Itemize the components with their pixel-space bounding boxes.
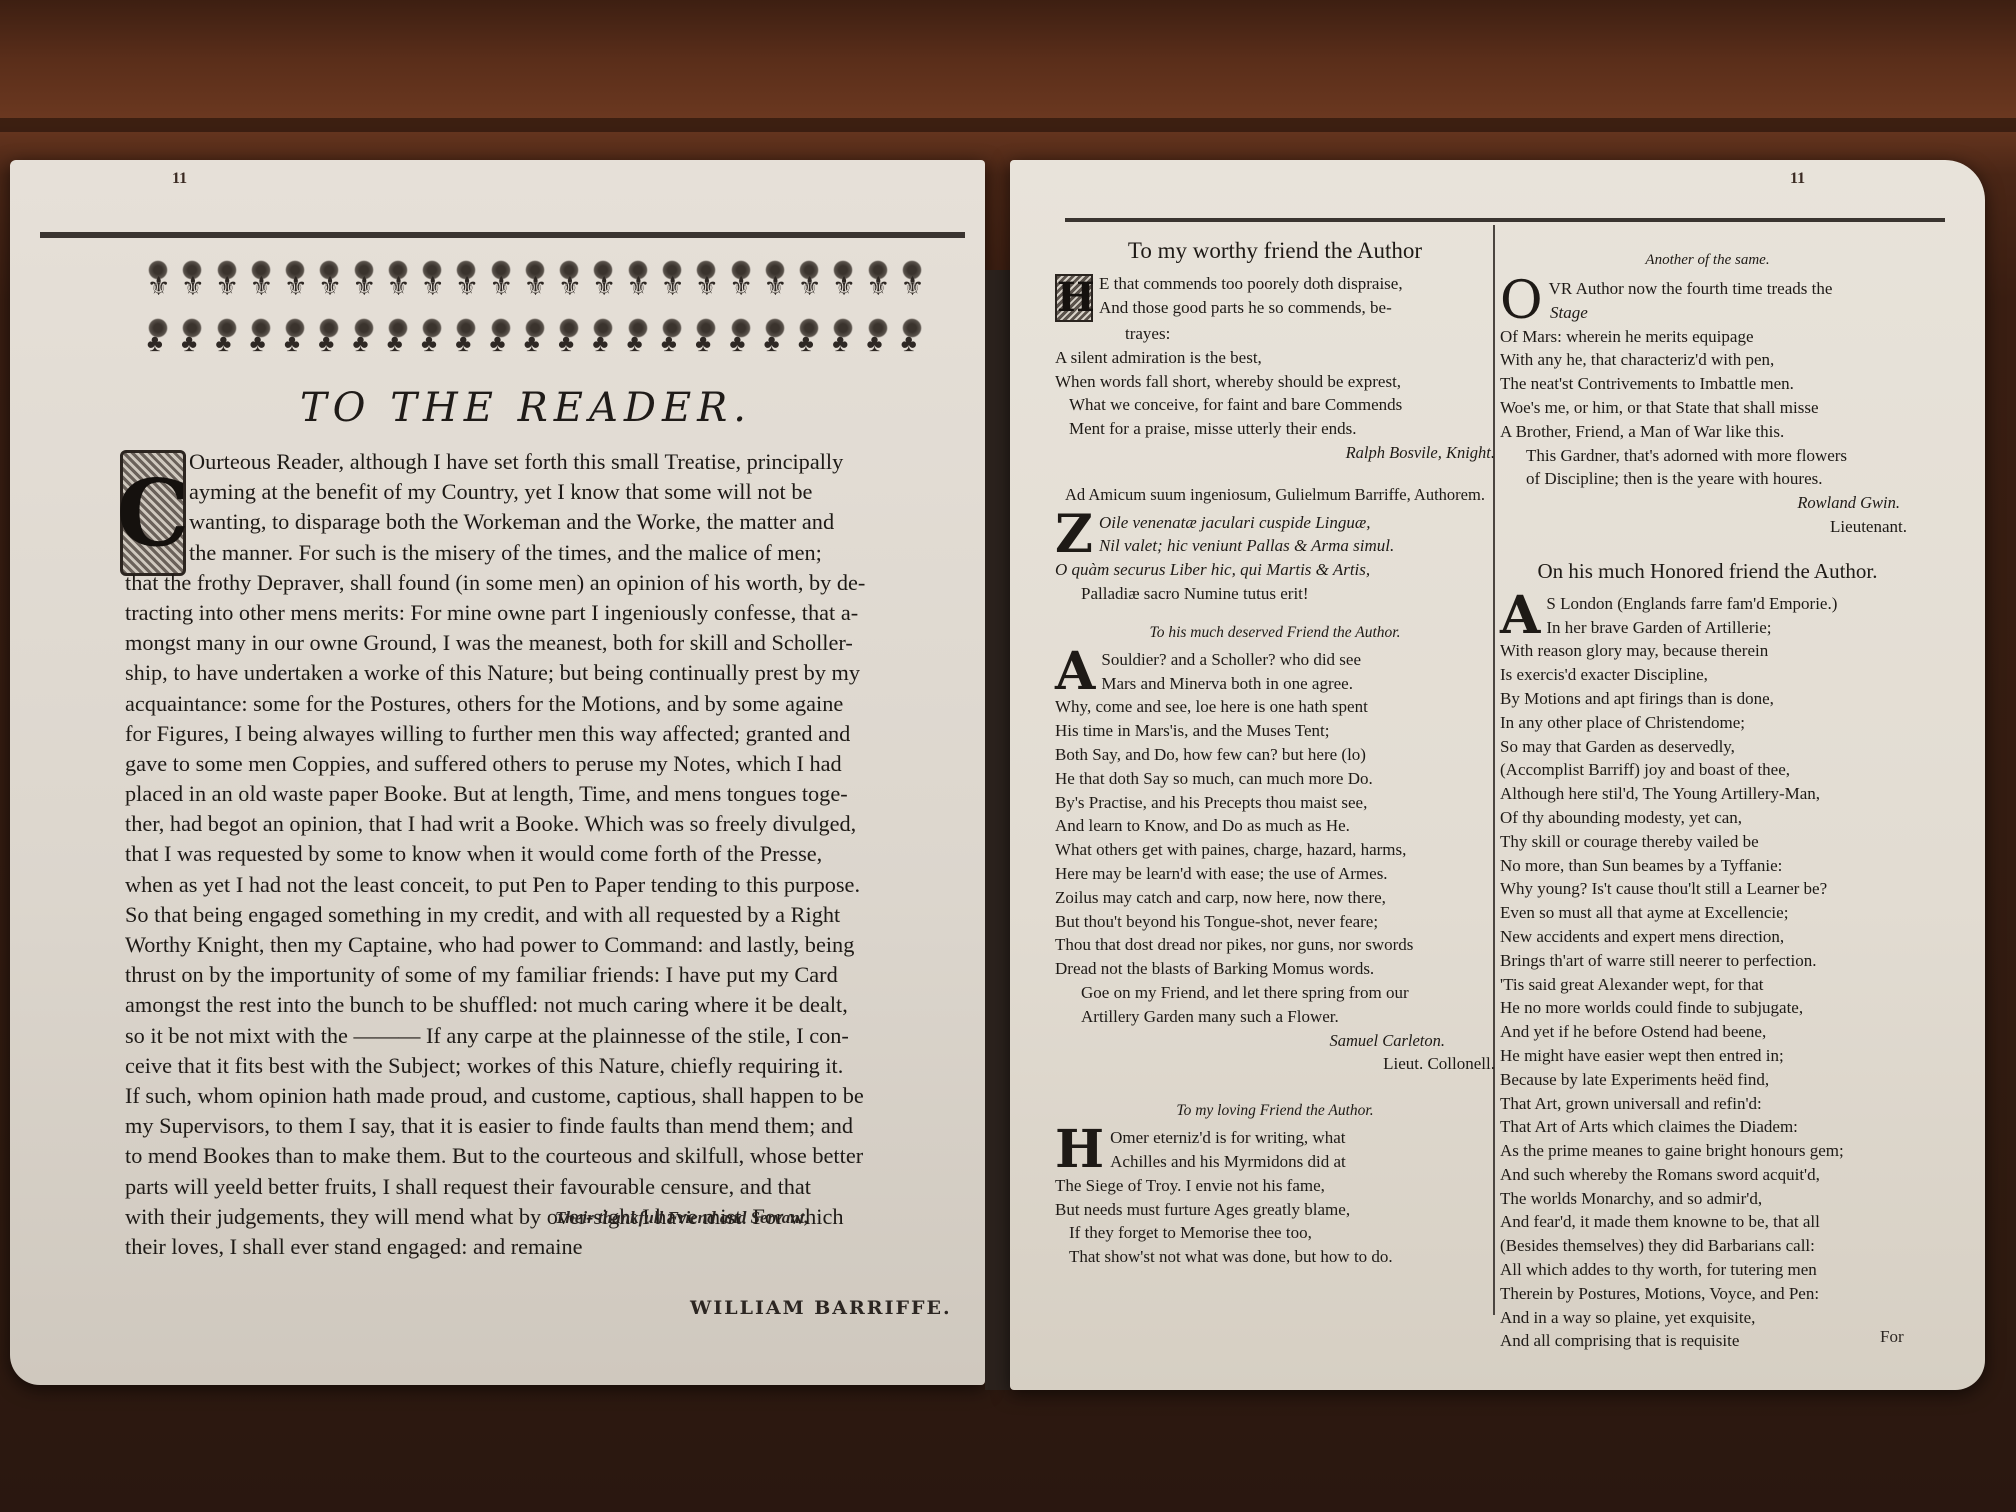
poem-homer: H Omer eterniz'd is for writing, what Ac…	[1055, 1126, 1495, 1269]
poem-rank: Lieut. Collonell.	[1055, 1052, 1495, 1076]
verse-line: With reason glory may, because therein	[1500, 639, 1915, 663]
fleur-ornament-icon	[830, 258, 856, 306]
fleur-ornament-icon	[625, 258, 651, 306]
verse-line: And in a way so plaine, yet exquisite,	[1500, 1306, 1915, 1330]
verse-line: He no more worlds could finde to subjuga…	[1500, 996, 1915, 1020]
verse-line: He might have easier wept then entred in…	[1500, 1044, 1915, 1068]
thistle-ornament-icon	[659, 316, 685, 364]
verse-line: When words fall short, whereby should be…	[1055, 370, 1495, 394]
verse-line: What we conceive, for faint and bare Com…	[1055, 393, 1495, 417]
poem-title: Another of the same.	[1500, 252, 1915, 269]
thistle-ornament-icon	[693, 316, 719, 364]
column-b: Another of the same. O VR Author now the…	[1500, 252, 1915, 1353]
fleur-ornament-icon	[522, 258, 548, 306]
text-line: the manner. For such is the misery of th…	[125, 538, 925, 568]
verse-line: That Art, grown universall and refin'd:	[1500, 1092, 1915, 1116]
verse-line: Artillery Garden many such a Flower.	[1055, 1005, 1495, 1029]
verse-line: All which addes to thy worth, for tuteri…	[1500, 1258, 1915, 1282]
verse-line: That show'st not what was done, but how …	[1055, 1245, 1495, 1269]
verse-line: He that doth Say so much, can much more …	[1055, 767, 1495, 791]
fleur-ornament-icon	[488, 258, 514, 306]
verse-line: This Gardner, that's adorned with more f…	[1500, 444, 1915, 468]
verse-line: And those good parts he so commends, be-	[1055, 296, 1495, 320]
fleur-ornament-icon	[179, 258, 205, 306]
verse-line: As the prime meanes to gaine bright hono…	[1500, 1139, 1915, 1163]
poem-rowland-gwin: O VR Author now the fourth time treads t…	[1500, 277, 1915, 539]
fleur-ornament-icon	[145, 258, 171, 306]
verse-line: (Besides themselves) they did Barbarians…	[1500, 1234, 1915, 1258]
verse-line: Dread not the blasts of Barking Momus wo…	[1055, 957, 1495, 981]
drop-cap: A	[1500, 594, 1540, 638]
thistle-ornament-icon	[214, 316, 240, 364]
verse-line: Goe on my Friend, and let there spring f…	[1055, 981, 1495, 1005]
verse-line: Oile venenatæ jaculari cuspide Linguæ,	[1055, 511, 1495, 535]
text-line: If such, whom opinion hath made proud, a…	[125, 1081, 925, 1111]
text-line: mongst many in our owne Ground, I was th…	[125, 628, 925, 658]
verse-line: In her brave Garden of Artillerie;	[1500, 616, 1915, 640]
thistle-ornament-icon	[453, 316, 479, 364]
verse-line: E that commends too poorely doth disprai…	[1055, 272, 1495, 296]
thistle-ornament-icon	[899, 316, 925, 364]
left-folio: 11	[172, 170, 187, 188]
verse-line: The Siege of Troy. I envie not his fame,	[1055, 1174, 1495, 1198]
verse-line: And learn to Know, and Do as much as He.	[1055, 814, 1495, 838]
text-line: to mend Bookes than to make them. But to…	[125, 1141, 925, 1171]
drop-cap: O	[1500, 279, 1543, 323]
thistle-ornament-icon	[282, 316, 308, 364]
fleur-ornament-icon	[865, 258, 891, 306]
poem-signature: Ralph Bosvile, Knight.	[1055, 441, 1495, 465]
poem-ralph-bosvile: H E that commends too poorely doth dispr…	[1055, 272, 1495, 465]
fleur-ornament-icon	[728, 258, 754, 306]
fleur-ornament-icon	[248, 258, 274, 306]
verse-line: The neat'st Contrivements to Imbattle me…	[1500, 372, 1915, 396]
verse-line: Here may be learn'd with ease; the use o…	[1055, 862, 1495, 886]
thistle-ornament-icon	[522, 316, 548, 364]
verse-line: New accidents and expert mens direction,	[1500, 925, 1915, 949]
verse-line: A Brother, Friend, a Man of War like thi…	[1500, 420, 1915, 444]
poem-signature: Rowland Gwin.	[1500, 491, 1915, 515]
thistle-ornament-icon	[316, 316, 342, 364]
text-line: ther, had begot an opinion, that I had w…	[125, 809, 925, 839]
poem-title: Ad Amicum suum ingeniosum, Gulielmum Bar…	[1055, 483, 1495, 507]
left-header-rule	[40, 232, 965, 238]
fleur-ornament-icon	[693, 258, 719, 306]
poem-rank: Lieutenant.	[1500, 515, 1915, 539]
thistle-ornament-icon	[590, 316, 616, 364]
verse-line: Stage	[1500, 301, 1915, 325]
page-title: TO THE READER.	[300, 385, 752, 431]
fleur-ornament-icon	[659, 258, 685, 306]
thistle-ornament-icon	[145, 316, 171, 364]
thistle-ornament-icon	[488, 316, 514, 364]
verse-line: Achilles and his Myrmidons did at	[1055, 1150, 1495, 1174]
fleur-ornament-icon	[351, 258, 377, 306]
drop-cap: Z	[1055, 513, 1093, 557]
text-line: when as yet I had not the least conceit,…	[125, 870, 925, 900]
text-line: ship, to have undertaken a worke of this…	[125, 658, 925, 688]
verse-line: But needs must furture Ages greatly blam…	[1055, 1198, 1495, 1222]
verse-line: What others get with paines, charge, haz…	[1055, 838, 1495, 862]
verse-line: Because by late Experiments heëd find,	[1500, 1068, 1915, 1092]
text-line: parts will yeeld better fruits, I shall …	[125, 1172, 925, 1202]
ornament-row-bottom	[145, 316, 925, 364]
verse-line: No more, than Sun beames by a Tyffanie:	[1500, 854, 1915, 878]
verse-line: Is exercis'd exacter Discipline,	[1500, 663, 1915, 687]
verse-line: With any he, that characteriz'd with pen…	[1500, 348, 1915, 372]
fleur-ornament-icon	[385, 258, 411, 306]
fleur-ornament-icon	[316, 258, 342, 306]
poem-title: To my loving Friend the Author.	[1055, 1102, 1495, 1120]
thistle-ornament-icon	[762, 316, 788, 364]
verse-line: Of Mars: wherein he merits equipage	[1500, 325, 1915, 349]
verse-line: Therein by Postures, Motions, Voyce, and…	[1500, 1282, 1915, 1306]
text-line: So that being engaged something in my cr…	[125, 900, 925, 930]
book-gutter	[985, 270, 1010, 1390]
verse-line: And all comprising that is requisite	[1500, 1329, 1915, 1353]
verse-line: Mars and Minerva both in one agree.	[1055, 672, 1495, 696]
poem-latin: Z Oile venenatæ jaculari cuspide Linguæ,…	[1055, 511, 1495, 606]
text-line: placed in an old waste paper Booke. But …	[125, 779, 925, 809]
verse-line: Palladiæ sacro Numine tutus erit!	[1055, 582, 1495, 606]
verse-line: Both Say, and Do, how few can? but here …	[1055, 743, 1495, 767]
table-edge	[0, 118, 2016, 132]
verse-line: Souldier? and a Scholler? who did see	[1055, 648, 1495, 672]
thistle-ornament-icon	[419, 316, 445, 364]
verse-line: Zoilus may catch and carp, now here, now…	[1055, 886, 1495, 910]
right-header-rule	[1065, 218, 1945, 222]
verse-line: Although here stil'd, The Young Artiller…	[1500, 782, 1915, 806]
text-line: that I was requested by some to know whe…	[125, 839, 925, 869]
verse-line: of Discipline; then is the yeare with ho…	[1500, 467, 1915, 491]
fleur-ornament-icon	[419, 258, 445, 306]
verse-line: Why, come and see, loe here is one hath …	[1055, 695, 1495, 719]
verse-line: S London (Englands farre fam'd Emporie.)	[1500, 592, 1915, 616]
thistle-ornament-icon	[728, 316, 754, 364]
thistle-ornament-icon	[179, 316, 205, 364]
poem-honored-friend: A S London (Englands farre fam'd Emporie…	[1500, 592, 1915, 1354]
verse-line: trayes:	[1055, 322, 1495, 346]
text-line: ayming at the benefit of my Country, yet…	[125, 477, 925, 507]
thistle-ornament-icon	[830, 316, 856, 364]
verse-line: Even so must all that ayme at Excellenci…	[1500, 901, 1915, 925]
verse-line: And fear'd, it made them knowne to be, t…	[1500, 1210, 1915, 1234]
thistle-ornament-icon	[385, 316, 411, 364]
fleur-ornament-icon	[590, 258, 616, 306]
catchword: For	[1880, 1327, 1904, 1347]
thistle-ornament-icon	[351, 316, 377, 364]
fleur-ornament-icon	[453, 258, 479, 306]
drop-cap: H	[1055, 1128, 1104, 1172]
poem-title: To his much deserved Friend the Author.	[1055, 624, 1495, 642]
text-line: acquaintance: some for the Postures, oth…	[125, 689, 925, 719]
drop-cap: A	[1055, 650, 1095, 694]
text-line: their loves, I shall ever stand engaged:…	[125, 1232, 925, 1262]
text-line: thrust on by the importunity of some of …	[125, 960, 925, 990]
verse-line: His time in Mars'is, and the Muses Tent;	[1055, 719, 1495, 743]
preface-body: Ourteous Reader, although I have set for…	[125, 447, 925, 1262]
verse-line: And such whereby the Romans sword acquit…	[1500, 1163, 1915, 1187]
text-line: gave to some men Coppies, and suffered o…	[125, 749, 925, 779]
verse-line: A silent admiration is the best,	[1055, 346, 1495, 370]
text-line: amongst the rest into the bunch to be sh…	[125, 990, 925, 1020]
verse-line: That Art of Arts which claimes the Diade…	[1500, 1115, 1915, 1139]
verse-line: So may that Garden as deservedly,	[1500, 735, 1915, 759]
verse-line: Why young? Is't cause thou'lt still a Le…	[1500, 877, 1915, 901]
text-line: Ourteous Reader, although I have set for…	[125, 447, 925, 477]
verse-line: Nil valet; hic veniunt Pallas & Arma sim…	[1055, 534, 1495, 558]
verse-line: Thou that dost dread nor pikes, nor guns…	[1055, 933, 1495, 957]
text-line: ceive that it fits best with the Subject…	[125, 1051, 925, 1081]
text-line: wanting, to disparage both the Workeman …	[125, 507, 925, 537]
verse-line: By Motions and apt firings than is done,	[1500, 687, 1915, 711]
drop-cap: H	[1055, 274, 1093, 322]
text-line: that the frothy Depraver, shall found (i…	[125, 568, 925, 598]
fleur-ornament-icon	[556, 258, 582, 306]
fleur-ornament-icon	[282, 258, 308, 306]
verse-line: (Accomplist Barriff) joy and boast of th…	[1500, 758, 1915, 782]
verse-line: Omer eterniz'd is for writing, what	[1055, 1126, 1495, 1150]
thistle-ornament-icon	[625, 316, 651, 364]
text-line: tracting into other mens merits: For min…	[125, 598, 925, 628]
verse-line: O quàm securus Liber hic, qui Martis & A…	[1055, 558, 1495, 582]
text-line: Worthy Knight, then my Captaine, who had…	[125, 930, 925, 960]
poem-samuel-carleton: A Souldier? and a Scholler? who did see …	[1055, 648, 1495, 1076]
thistle-ornament-icon	[248, 316, 274, 364]
text-line: for Figures, I being alwayes willing to …	[125, 719, 925, 749]
verse-line: But thou't beyond his Tongue-shot, never…	[1055, 910, 1495, 934]
verse-line: If they forget to Memorise thee too,	[1055, 1221, 1495, 1245]
verse-line: Woe's me, or him, or that State that sha…	[1500, 396, 1915, 420]
ornament-row-top	[145, 258, 925, 306]
fleur-ornament-icon	[796, 258, 822, 306]
verse-line: Thy skill or courage thereby vailed be	[1500, 830, 1915, 854]
text-line: so it be not mixt with the ——— If any ca…	[125, 1021, 925, 1051]
thistle-ornament-icon	[796, 316, 822, 364]
poem-title: On his much Honored friend the Author.	[1500, 559, 1915, 584]
thistle-ornament-icon	[865, 316, 891, 364]
thistle-ornament-icon	[556, 316, 582, 364]
verse-line: In any other place of Christendome;	[1500, 711, 1915, 735]
poem-signature: Samuel Carleton.	[1055, 1029, 1495, 1053]
fleur-ornament-icon	[762, 258, 788, 306]
verse-line: 'Tis said great Alexander wept, for that	[1500, 973, 1915, 997]
poem-title: To my worthy friend the Author	[1055, 238, 1495, 264]
verse-line: VR Author now the fourth time treads the	[1500, 277, 1915, 301]
fleur-ornament-icon	[899, 258, 925, 306]
right-folio: 11	[1790, 170, 1805, 188]
verse-line: And yet if he before Ostend had beene,	[1500, 1020, 1915, 1044]
closing-salutation: Their thankfull Friend and Servant,	[555, 1208, 809, 1228]
column-a: To my worthy friend the Author H E that …	[1055, 238, 1495, 1269]
verse-line: Of thy abounding modesty, yet can,	[1500, 806, 1915, 830]
verse-line: By's Practise, and his Precepts thou mai…	[1055, 791, 1495, 815]
verse-line: Ment for a praise, misse utterly their e…	[1055, 417, 1495, 441]
verse-line: The worlds Monarchy, and so admir'd,	[1500, 1187, 1915, 1211]
author-signature: WILLIAM BARRIFFE.	[690, 1297, 952, 1319]
fleur-ornament-icon	[214, 258, 240, 306]
verse-line: Brings th'art of warre still neerer to p…	[1500, 949, 1915, 973]
text-line: my Supervisors, to them I say, that it i…	[125, 1111, 925, 1141]
